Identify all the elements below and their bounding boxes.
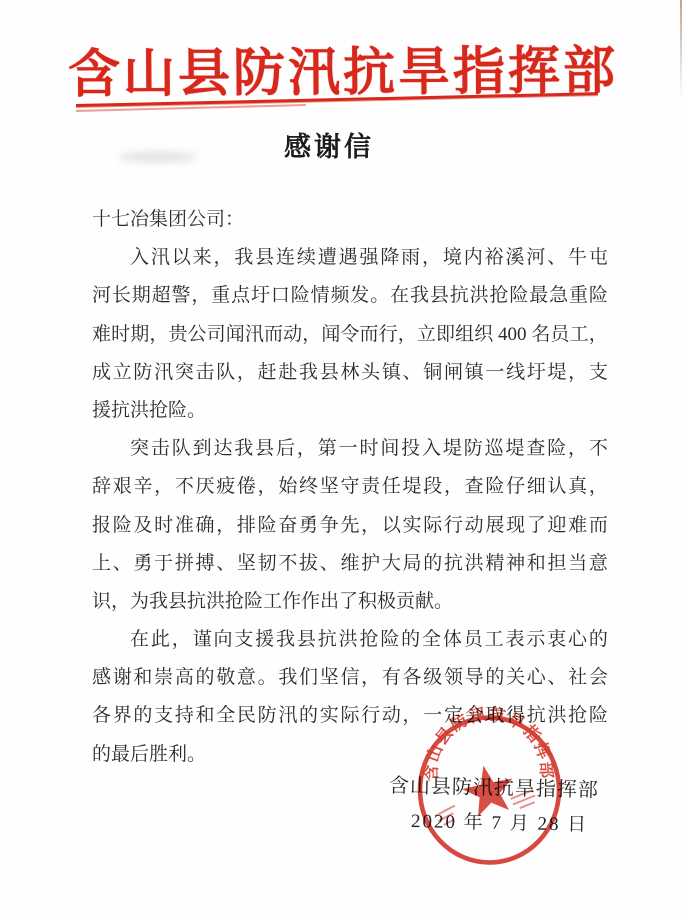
body-line: 突击队到达我县后，第一时间投入堤防巡堤查险，不 xyxy=(92,430,608,468)
body-line: 援抗洪抢险。 xyxy=(92,392,608,430)
body-line: 感谢和崇高的敬意。我们坚信，有各级领导的关心、社会 xyxy=(92,659,608,697)
letter-title: 感谢信 xyxy=(0,125,672,164)
body-line: 入汛以来，我县连续遭遇强降雨，境内裕溪河、牛屯 xyxy=(92,239,608,277)
body-line: 成立防汛突击队，赶赴我县林头镇、铜闸镇一线圩堤，支 xyxy=(92,354,608,392)
body-line: 在此，谨向支援我县抗洪抢险的全体员工表示衷心的 xyxy=(92,621,608,659)
body-line: 十七冶集团公司： xyxy=(92,201,608,239)
body-line: 报险及时准确，排险奋勇争先，以实际行动展现了迎难而 xyxy=(92,507,608,545)
seal-star-icon xyxy=(458,760,518,818)
letter-page: 含山县防汛抗旱指挥部 感谢信 十七冶集团公司：入汛以来，我县连续遭遇强降雨，境内… xyxy=(0,0,686,915)
seal-artifact-right xyxy=(511,790,538,810)
letter-body: 十七冶集团公司：入汛以来，我县连续遭遇强降雨，境内裕溪河、牛屯河长期超警，重点圩… xyxy=(92,201,608,774)
seal-artifact-left xyxy=(435,806,460,827)
official-seal: 含山县防汛抗旱指挥部 xyxy=(404,702,584,877)
body-line: 河长期超警，重点圩口险情频发。在我县抗洪抢险最急重险 xyxy=(92,277,608,315)
body-line: 上、勇于拼搏、坚韧不拔、维护大局的抗洪精神和担当意 xyxy=(92,545,608,583)
body-line: 识，为我县抗洪抢险工作作出了积极贡献。 xyxy=(92,583,608,621)
body-line: 难时期，贵公司闻汛而动，闻令而行，立即组织 400 名员工， xyxy=(92,316,608,354)
body-line: 辞艰辛，不厌疲倦，始终坚守责任堤段，查险仔细认真， xyxy=(92,468,608,506)
seal-ring-text: 含山县防汛抗旱指挥部 xyxy=(421,704,557,781)
